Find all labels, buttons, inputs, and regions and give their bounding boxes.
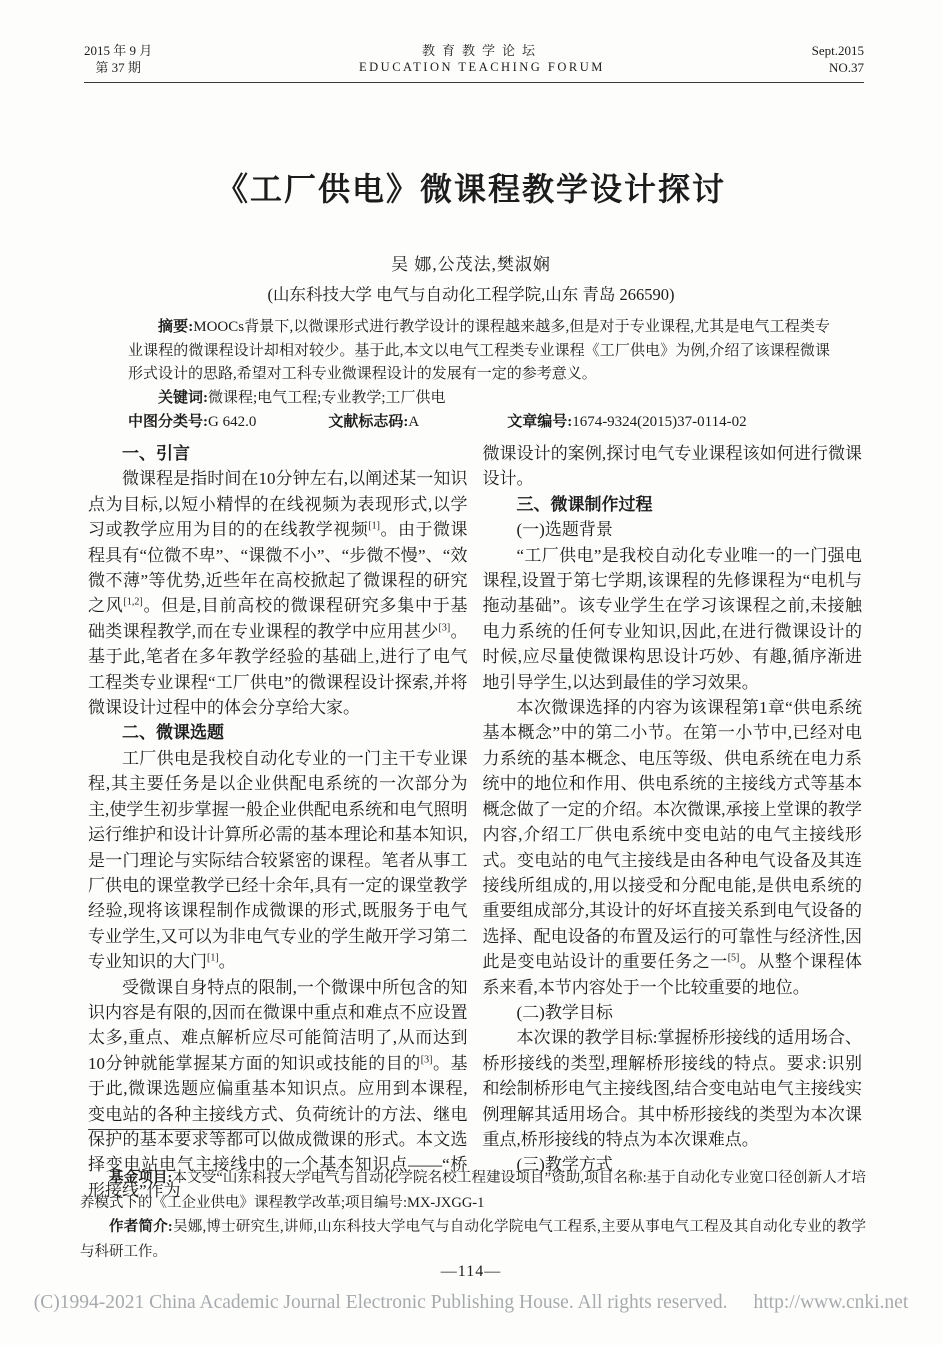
subsection-heading-background: (一)选题背景	[483, 517, 863, 542]
journal-header: 2015 年 9 月 第 37 期 教育教学论坛 EDUCATION TEACH…	[84, 42, 864, 83]
keywords-paragraph: 关键词:微课程;电气工程;专业教学;工厂供电	[128, 387, 830, 411]
footnote-author-bio: 作者简介:吴娜,博士研究生,讲师,山东科技大学电气与自动化学院电气工程系,主要从…	[80, 1215, 866, 1264]
header-issue-cn: 第 37 期	[84, 59, 152, 76]
body-paragraph: 本次微课选择的内容为该课程第1章“供电系统基本概念”中的第二小节。在第一小节中,…	[483, 695, 863, 1000]
clc-value: G 642.0	[208, 414, 256, 430]
article-title: 《工厂供电》微课程教学设计探讨	[0, 164, 942, 210]
header-issue-en: NO.37	[812, 59, 864, 76]
cnki-url: http://www.cnki.net	[754, 1292, 909, 1313]
copyright-text: (C)1994-2021 China Academic Journal Elec…	[34, 1292, 728, 1313]
copyright-watermark: (C)1994-2021 China Academic Journal Elec…	[0, 1292, 942, 1314]
doc-code-segment: 文献标志码:A	[328, 411, 419, 435]
header-date-en: Sept.2015	[812, 42, 864, 59]
page-number: —114—	[0, 1263, 942, 1281]
fund-text: 本文受“山东科技大学电气与自动化学院名校工程建设项目”资助,项目名称:基于自动化…	[80, 1170, 866, 1211]
clc-label: 中图分类号:	[128, 414, 208, 430]
body-paragraph-continuation: 微课设计的案例,探讨电气专业课程该如何进行微课设计。	[483, 441, 863, 492]
doc-code-value: A	[408, 414, 419, 430]
abstract-block: 摘要:MOOCs背景下,以微课形式进行教学设计的课程越来越多,但是对于专业课程,…	[128, 316, 830, 435]
body-column-left: 一、引言 微课程是指时间在10分钟左右,以阐述某一知识点为目标,以短小精悍的在线…	[88, 441, 468, 1203]
section-heading-production-process: 三、微课制作过程	[483, 492, 863, 517]
header-issue-left: 2015 年 9 月 第 37 期	[84, 42, 152, 76]
clc-segment: 中图分类号:G 642.0	[128, 411, 256, 435]
abstract-text: MOOCs背景下,以微课形式进行教学设计的课程越来越多,但是对于专业课程,尤其是…	[128, 319, 830, 382]
footnote-block: 基金项目:本文受“山东科技大学电气与自动化学院名校工程建设项目”资助,项目名称:…	[80, 1166, 866, 1264]
article-id-value: 1674-9324(2015)37-0114-02	[572, 414, 746, 430]
header-issue-right: Sept.2015 NO.37	[812, 42, 864, 76]
header-journal-name: 教育教学论坛 EDUCATION TEACHING FORUM	[359, 42, 605, 76]
abstract-label: 摘要:	[158, 319, 193, 335]
fund-label: 基金项目:	[109, 1170, 172, 1186]
article-id-segment: 文章编号:1674-9324(2015)37-0114-02	[507, 411, 746, 435]
article-affiliation: (山东科技大学 电气与自动化工程学院,山东 青岛 266590)	[0, 281, 942, 305]
author-bio-text: 吴娜,博士研究生,讲师,山东科技大学电气与自动化学院电气工程系,主要从事电气工程…	[80, 1219, 866, 1260]
keywords-label: 关键词:	[158, 390, 208, 406]
journal-page: 2015 年 9 月 第 37 期 教育教学论坛 EDUCATION TEACH…	[0, 0, 942, 1345]
article-body: 一、引言 微课程是指时间在10分钟左右,以阐述某一知识点为目标,以短小精悍的在线…	[88, 441, 862, 1203]
body-paragraph: “工厂供电”是我校自动化专业唯一的一门强电课程,设置于第七学期,该课程的先修课程…	[483, 543, 863, 695]
header-date-cn: 2015 年 9 月	[84, 42, 152, 59]
doc-code-label: 文献标志码:	[328, 414, 408, 430]
article-authors: 吴 娜,公茂法,樊淑娴	[0, 250, 942, 275]
footnote-fund: 基金项目:本文受“山东科技大学电气与自动化学院名校工程建设项目”资助,项目名称:…	[80, 1166, 866, 1215]
classification-line: 中图分类号:G 642.0 文献标志码:A 文章编号:1674-9324(201…	[128, 411, 830, 435]
journal-name-cn: 教育教学论坛	[359, 42, 605, 59]
subsection-heading-teaching-goals: (二)教学目标	[483, 1000, 863, 1025]
article-id-label: 文章编号:	[507, 414, 572, 430]
journal-name-en: EDUCATION TEACHING FORUM	[359, 59, 605, 76]
section-heading-topic-selection: 二、微课选题	[88, 720, 468, 745]
section-heading-introduction: 一、引言	[88, 441, 468, 466]
footnote-divider	[88, 1129, 270, 1130]
body-paragraph: 工厂供电是我校自动化专业的一门主干专业课程,其主要任务是以企业供配电系统的一次部…	[88, 746, 468, 975]
body-column-right: 微课设计的案例,探讨电气专业课程该如何进行微课设计。 三、微课制作过程 (一)选…	[483, 441, 863, 1203]
abstract-paragraph: 摘要:MOOCs背景下,以微课形式进行教学设计的课程越来越多,但是对于专业课程,…	[128, 316, 830, 387]
keywords-text: 微课程;电气工程;专业教学;工厂供电	[208, 390, 446, 406]
author-bio-label: 作者简介:	[109, 1219, 173, 1235]
body-paragraph: 本次课的教学目标:掌握桥形接线的适用场合、桥形接线的类型,理解桥形接线的特点。要…	[483, 1025, 863, 1152]
body-paragraph: 微课程是指时间在10分钟左右,以阐述某一知识点为目标,以短小精悍的在线视频为表现…	[88, 466, 468, 720]
